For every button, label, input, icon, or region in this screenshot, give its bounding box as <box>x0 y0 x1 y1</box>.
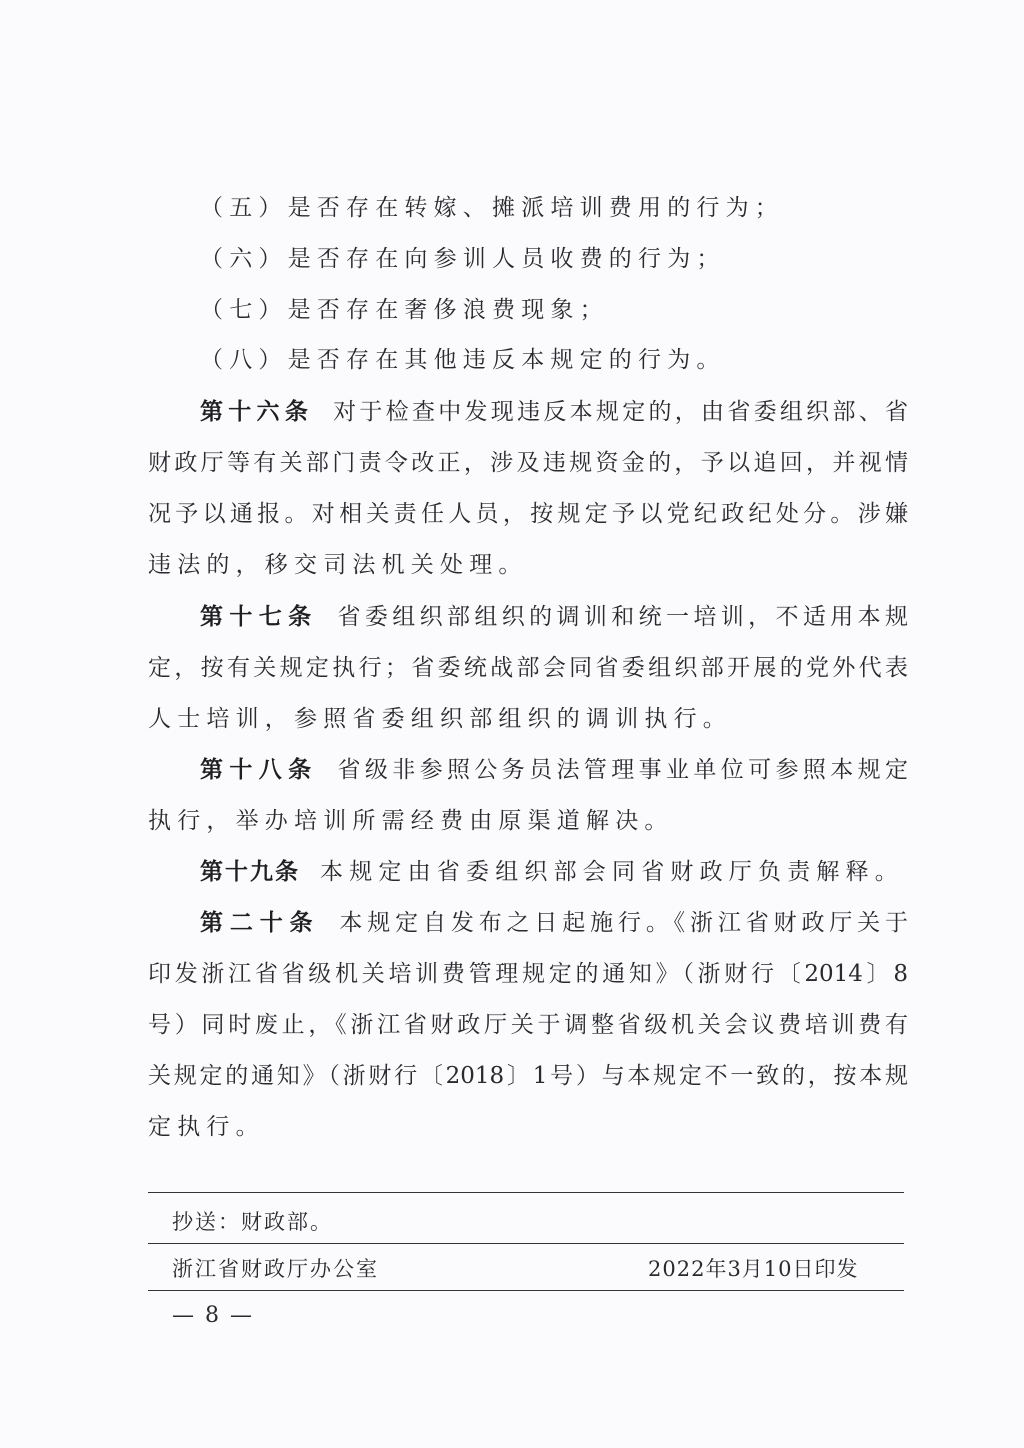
document-page: （五）是否存在转嫁、摊派培训费用的行为； （六）是否存在向参训人员收费的行为； … <box>0 0 1024 1448</box>
list-item: （七）是否存在奢侈浪费现象； <box>200 295 908 325</box>
article-16-line-2: 财政厅等有关部门责令改正，涉及违规资金的，予以追回，并视情 <box>148 448 908 478</box>
article-label: 第十七条 <box>200 604 318 630</box>
article-20-line-5: 定执行。 <box>148 1112 908 1142</box>
article-17-line-1: 第十七条省委组织部组织的调训和统一培训，不适用本规 <box>200 602 908 632</box>
article-label: 第十九条 <box>200 859 300 885</box>
article-label: 第十八条 <box>200 757 318 783</box>
list-item: （八）是否存在其他违反本规定的行为。 <box>200 345 908 375</box>
article-20-line-2: 印发浙江省省级机关培训费管理规定的通知》（浙财行〔2014〕8 <box>148 959 908 989</box>
article-16-line-1: 第十六条对于检查中发现违反本规定的，由省委组织部、省 <box>200 397 908 427</box>
article-20-line-1: 第二十条本规定自发布之日起施行。《浙江省财政厅关于 <box>200 908 908 938</box>
divider-bottom <box>148 1290 904 1291</box>
article-18-line-1: 第十八条省级非参照公务员法管理事业单位可参照本规定 <box>200 755 908 785</box>
article-18-line-2: 执行，举办培训所需经费由原渠道解决。 <box>148 806 908 836</box>
article-17-line-2: 定，按有关规定执行；省委统战部会同省委组织部开展的党外代表 <box>148 653 908 683</box>
article-19-line-1: 第十九条本规定由省委组织部会同省财政厅负责解释。 <box>200 857 908 887</box>
article-17-line-3: 人士培训，参照省委组织部组织的调训执行。 <box>148 704 908 734</box>
list-item: （六）是否存在向参训人员收费的行为； <box>200 244 908 274</box>
cc-recipients: 抄送：财政部。 <box>172 1208 333 1236</box>
issue-date: 2022年3月10日印发 <box>648 1255 859 1283</box>
issuer: 浙江省财政厅办公室 <box>172 1255 379 1283</box>
article-20-line-4: 关规定的通知》（浙财行〔2018〕1号）与本规定不一致的，按本规 <box>148 1061 908 1091</box>
article-20-line-3: 号）同时废止，《浙江省财政厅关于调整省级机关会议费培训费有 <box>148 1010 908 1040</box>
divider-middle <box>148 1243 904 1244</box>
divider-top <box>148 1192 904 1193</box>
article-label: 第二十条 <box>200 910 319 936</box>
article-label: 第十六条 <box>200 399 313 425</box>
article-16-line-4: 违法的，移交司法机关处理。 <box>148 550 908 580</box>
page-number: — 8 — <box>172 1302 254 1330</box>
article-16-line-3: 况予以通报。对相关责任人员，按规定予以党纪政纪处分。涉嫌 <box>148 499 908 529</box>
list-item: （五）是否存在转嫁、摊派培训费用的行为； <box>200 193 908 223</box>
